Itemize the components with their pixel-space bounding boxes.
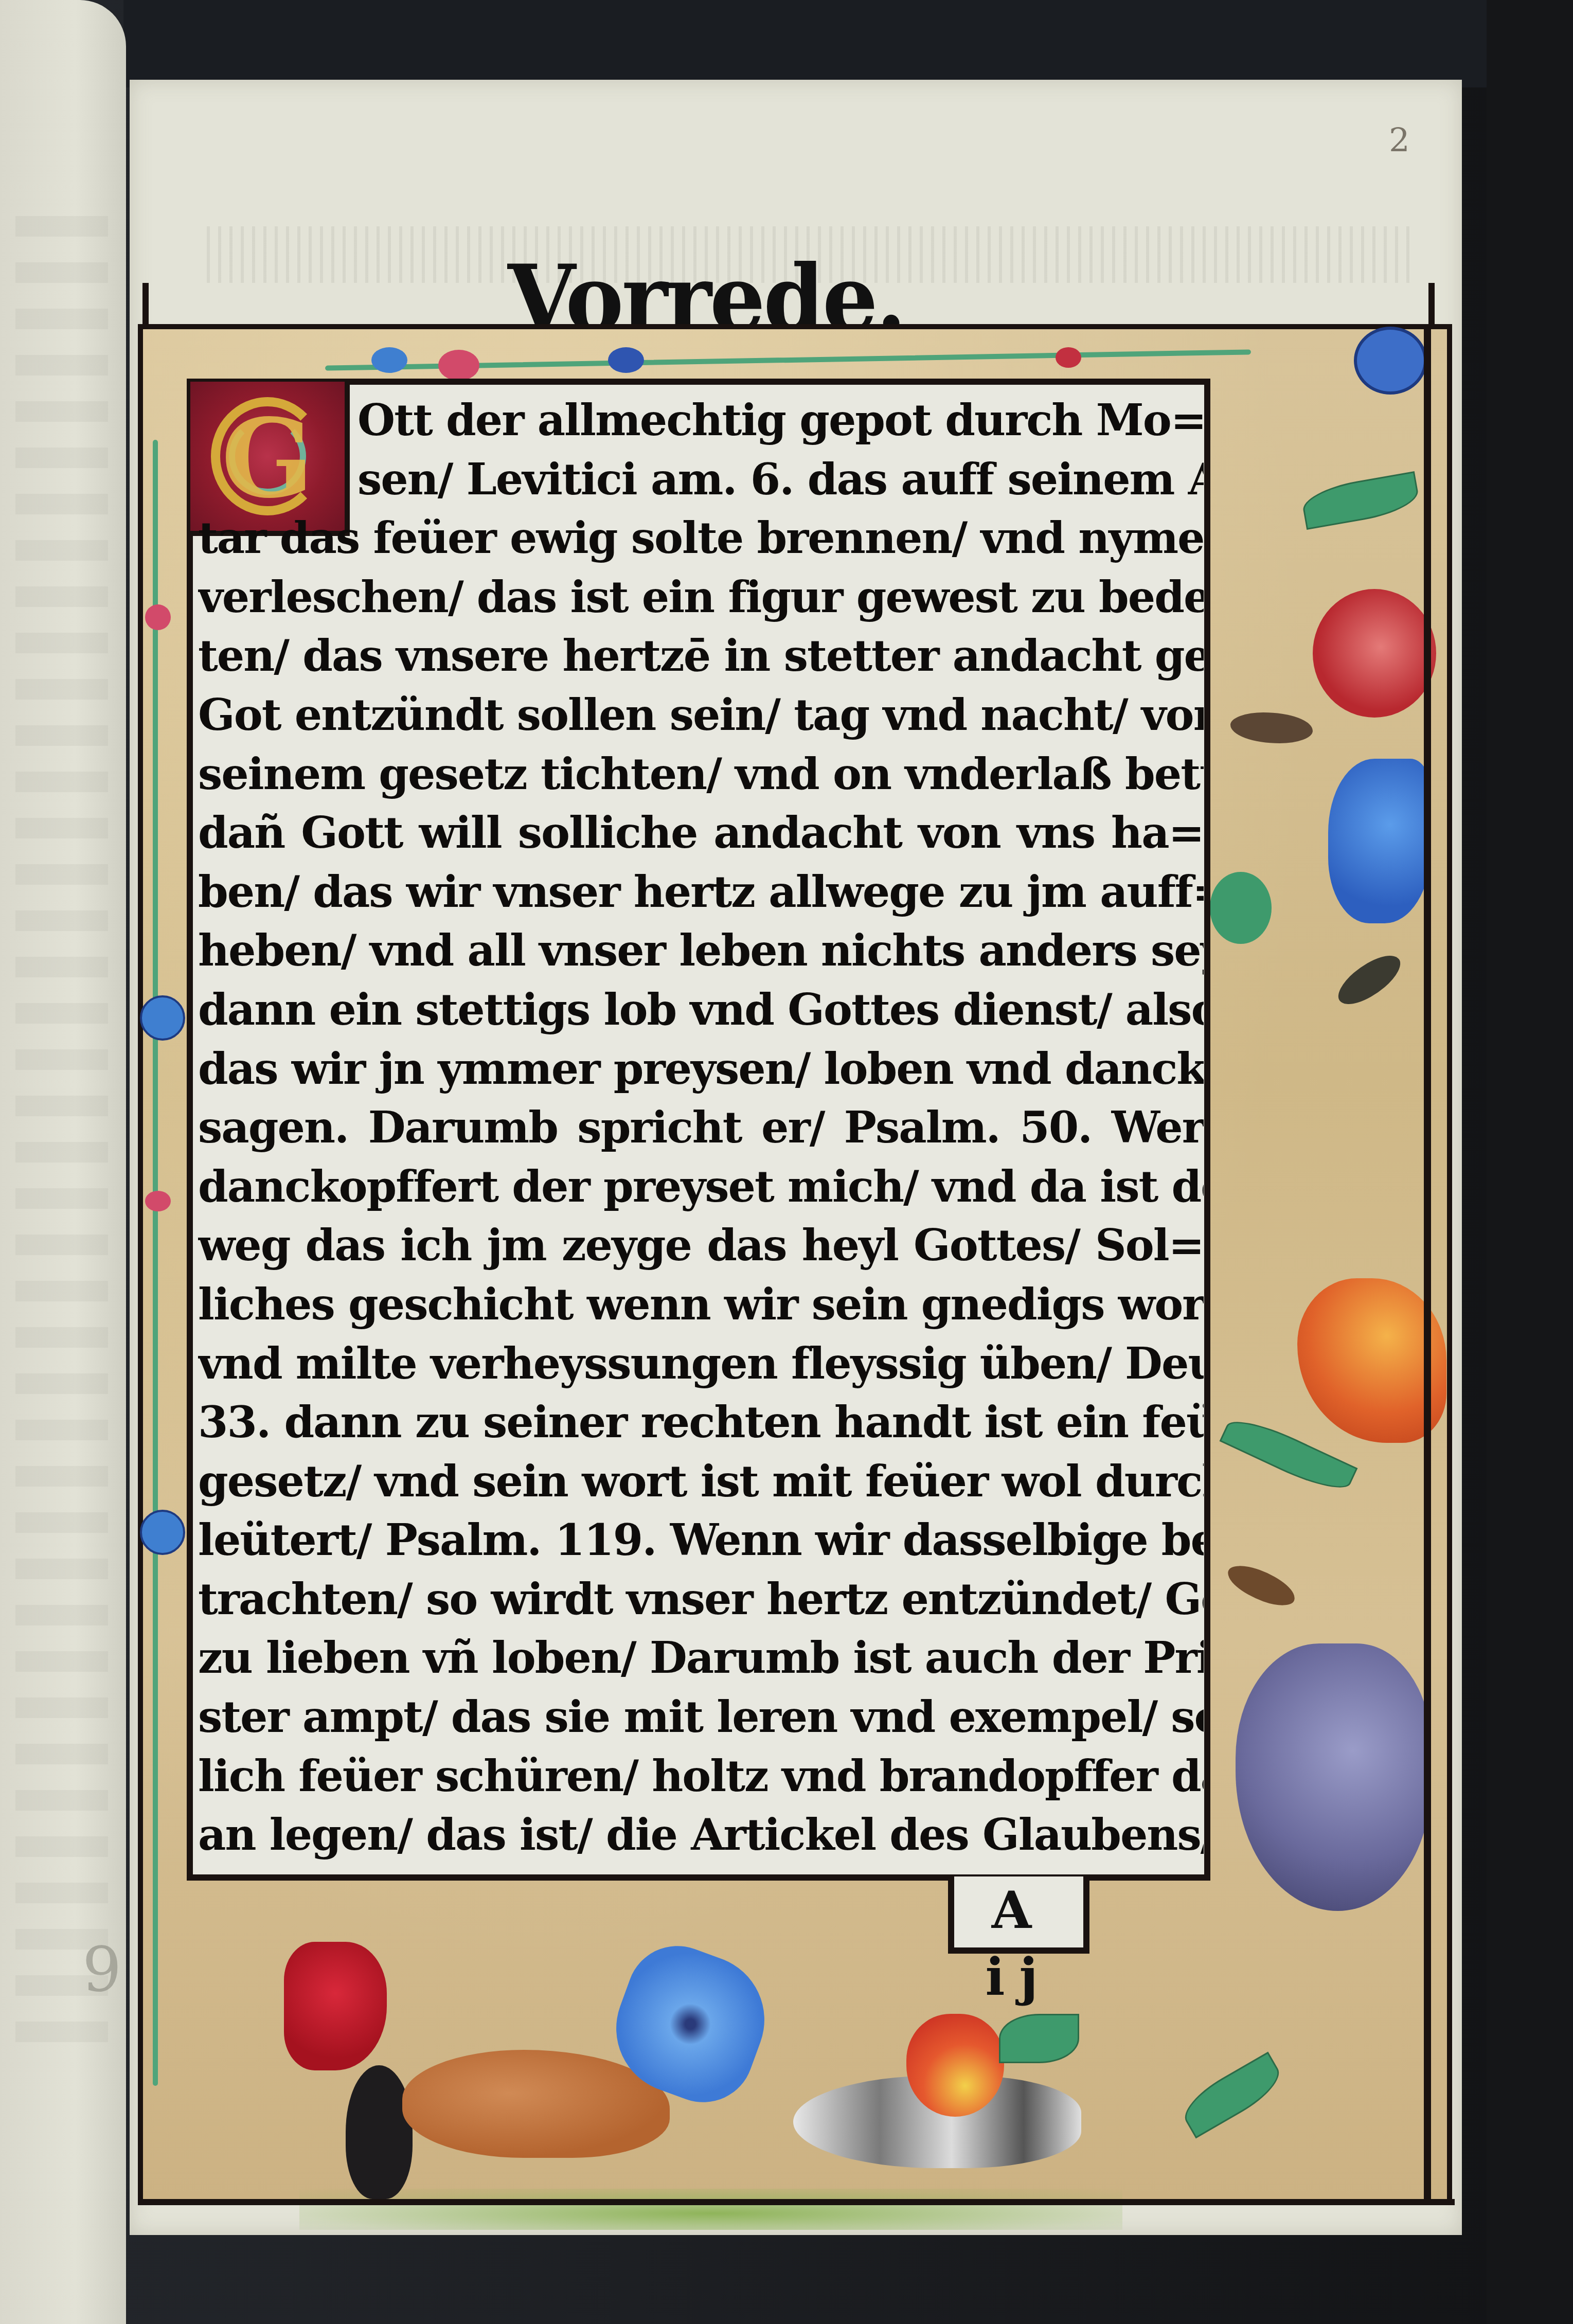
blue-bud-icon	[608, 347, 644, 373]
text-line: Ott der allmechtig gepot durch Mo=	[198, 391, 1204, 450]
signature-mark-box: A ij	[948, 1876, 1089, 1954]
facing-page-bleed	[15, 216, 108, 2068]
red-rose-icon	[1313, 589, 1436, 718]
blue-forget-me-not-icon	[140, 995, 185, 1041]
text-line: seinem gesetz tichten/ vnd on vnderlaß b…	[198, 745, 1204, 804]
thistle-bud-icon	[1210, 872, 1272, 944]
text-line: 33. dann zu seiner rechten handt ist ein…	[198, 1393, 1204, 1452]
blue-forget-me-not-icon	[140, 1510, 185, 1555]
red-bud-icon	[1056, 347, 1081, 368]
text-line: zu lieben vñ loben/ Darumb ist auch der …	[198, 1629, 1204, 1688]
strawberry-icon	[906, 2014, 1004, 2117]
rooster-icon	[346, 2065, 413, 2199]
pink-flower-icon	[438, 350, 479, 381]
text-line: sagen. Darumb spricht er/ Psalm. 50. Wer	[198, 1098, 1204, 1157]
text-line: das wir jn ymmer preysen/ loben vnd danc…	[198, 1040, 1204, 1099]
text-line: dañ Gott will solliche andacht von vns h…	[198, 803, 1204, 863]
text-line: ster ampt/ das sie mit leren vnd exempel…	[198, 1688, 1204, 1747]
text-line: heben/ vnd all vnser leben nichts anders…	[198, 921, 1204, 980]
text-line: leütert/ Psalm. 119. Wenn wir dasselbige…	[198, 1511, 1204, 1570]
text-line: ben/ das wir vnser hertz allwege zu jm a…	[198, 863, 1204, 922]
text-line: trachten/ so wirdt vnser hertz entzündet…	[198, 1570, 1204, 1629]
book-cover-top	[123, 0, 1573, 87]
text-line: Got entzündt sollen sein/ tag vnd nacht/…	[198, 686, 1204, 745]
text-line: weg das ich jm zeyge das heyl Gottes/ So…	[198, 1216, 1204, 1275]
text-line: tar das feüer ewig solte brennen/ vnd ny…	[198, 509, 1204, 568]
facing-page-mark: 9	[82, 1934, 121, 2006]
text-line: danckopffert der preyset mich/ vnd da is…	[198, 1157, 1204, 1217]
vine-left	[153, 440, 158, 2086]
frame-right-rule	[1424, 327, 1431, 2204]
blue-cornflower-icon	[1328, 759, 1431, 923]
text-line: lich feüer schüren/ holtz vnd brandopffe…	[198, 1747, 1204, 1806]
text-line: verleschen/ das ist ein figur gewest zu …	[198, 568, 1204, 627]
text-line: ten/ das vnsere hertzē in stetter andach…	[198, 627, 1204, 686]
folio-number: 2	[1389, 122, 1410, 160]
text-line: vnd milte verheyssungen fleyssig üben/ D…	[198, 1334, 1204, 1393]
book-cover-right	[1487, 0, 1573, 2324]
body-text: Ott der allmechtig gepot durch Mo= sen/ …	[198, 391, 1204, 1865]
grass-ground	[299, 2189, 1122, 2230]
text-line: liches geschicht wenn wir sein gnedigs w…	[198, 1275, 1204, 1334]
leaf-icon	[999, 2014, 1079, 2063]
text-line: dann ein stettigs lob vnd Gottes dienst/…	[198, 980, 1204, 1040]
facing-page-edge: 9	[0, 0, 126, 2324]
red-poppy-icon	[284, 1942, 387, 2070]
blue-pansy-icon	[1354, 327, 1427, 395]
text-line: sen/ Levitici am. 6. das auff seinem Al=	[198, 450, 1204, 509]
text-line: gesetz/ vnd sein wort ist mit feüer wol …	[198, 1452, 1204, 1511]
blue-bud-icon	[371, 347, 407, 373]
pink-bud-icon	[145, 604, 171, 630]
text-line: an legen/ das ist/ die Artickel des Glau…	[198, 1805, 1204, 1865]
pink-bud-icon	[145, 1191, 171, 1211]
frame-bottom-rule	[138, 2199, 1455, 2205]
signature-mark: A ij	[954, 1876, 1083, 2010]
